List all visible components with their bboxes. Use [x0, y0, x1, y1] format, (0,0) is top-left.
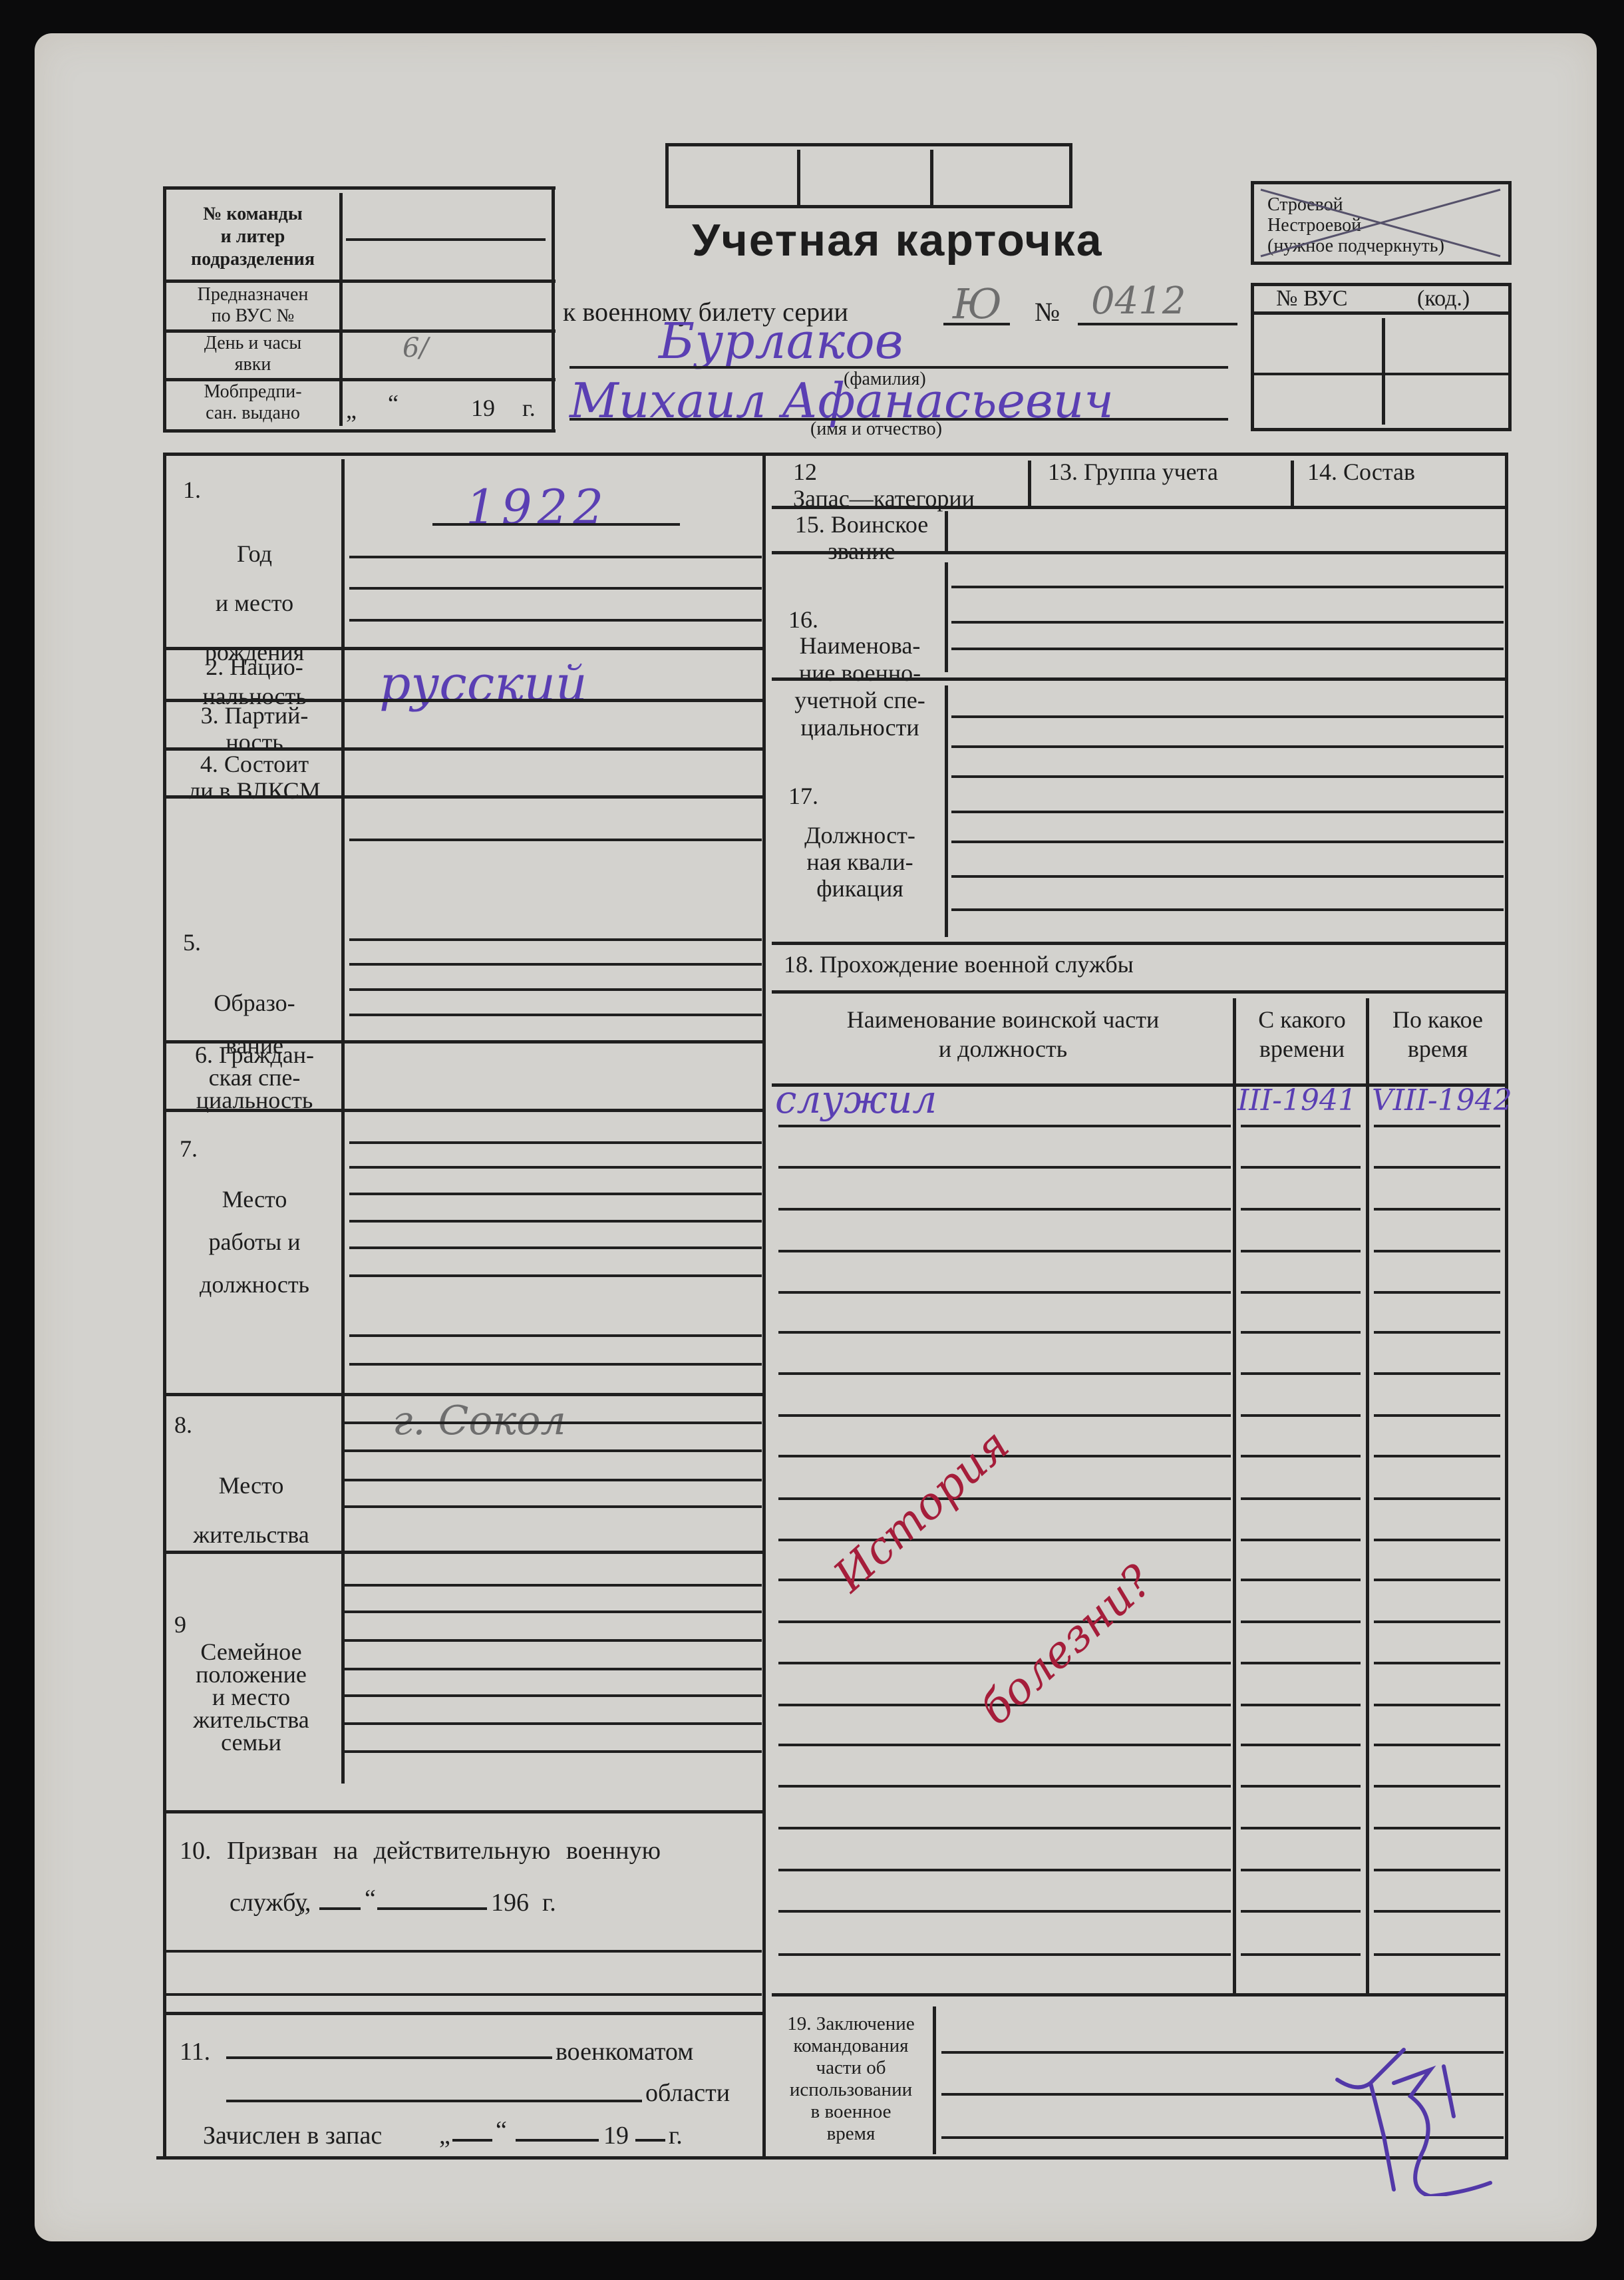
label-line: и место — [163, 1686, 339, 1708]
vus-code-header: (код.) — [1417, 285, 1470, 313]
label-line: должность — [166, 1263, 343, 1306]
service-rule-line — [1374, 1414, 1500, 1417]
sec10-suffix: г. — [542, 1889, 556, 1917]
sec11-year-line — [635, 2139, 665, 2142]
mob-date-year: 19 — [471, 394, 495, 422]
service-history-title: 18. Прохождение военной службы — [784, 950, 1134, 978]
label-line: циальность — [166, 1089, 343, 1111]
signature-icon — [1331, 2043, 1543, 2196]
service-rule-line — [1374, 1291, 1500, 1294]
sec8-number: 8. — [174, 1411, 192, 1439]
service-col-to-header: По какое время — [1369, 1005, 1507, 1063]
sec7-line-6 — [349, 1274, 762, 1277]
sec1-bottom — [163, 647, 763, 650]
number-value: 0412 — [1091, 280, 1186, 323]
sec9-line-7 — [343, 1750, 762, 1753]
service-rule-line — [1241, 1910, 1361, 1913]
label-line: День и часы — [166, 333, 339, 354]
service-rule-line — [778, 1125, 1231, 1127]
tl-inner-line — [346, 238, 546, 241]
sec10-open-quote: „ — [299, 1889, 311, 1917]
sec11-number: 11. — [180, 2038, 210, 2066]
sec11-oblast-line — [226, 2100, 642, 2102]
service-rule-line — [1374, 1455, 1500, 1457]
service-rule-line — [1241, 1662, 1361, 1664]
sec15-label: 15. Воинское звание — [772, 511, 951, 564]
sec10-bottom — [163, 2012, 763, 2015]
header-line: С какого — [1235, 1005, 1369, 1034]
sec5-line-4 — [349, 1014, 762, 1016]
nationality-value: русский — [379, 656, 587, 713]
vus-box-divider — [1382, 318, 1385, 425]
sec10-close-quote: “ — [365, 1885, 376, 1913]
sec3-number: 3. — [201, 702, 219, 729]
sec2-number: 2. — [206, 654, 224, 680]
label-line: ние военно- — [772, 660, 948, 687]
service-col-unit-header: Наименование воинской части и должность — [772, 1005, 1234, 1063]
sec14-label: 14. Состав — [1307, 458, 1415, 486]
service-rule-line — [1374, 1662, 1500, 1664]
sec12-number: 12 — [793, 458, 817, 486]
series-value: Ю — [953, 280, 1002, 328]
command-number-label: № команды и литер подразделения — [166, 203, 339, 271]
sec11-close-quote: “ — [496, 2116, 507, 2144]
service-rule-line — [1241, 1372, 1361, 1375]
label-line: положение — [163, 1663, 339, 1686]
sec16-number: 16. — [788, 606, 818, 634]
number-underline — [1078, 323, 1237, 325]
label-line: командования — [765, 2035, 937, 2057]
cross-out-mark — [1254, 184, 1508, 262]
sec10-year: 196 — [491, 1889, 529, 1917]
sec5-line-3 — [349, 988, 762, 991]
grid-right — [1505, 453, 1508, 2160]
sec9-line-5 — [343, 1694, 762, 1697]
service-rule-line — [1374, 1208, 1500, 1211]
service-rule-line — [1241, 1166, 1361, 1169]
service-from-value: III-1941 — [1237, 1083, 1357, 1117]
number-label: № — [1035, 298, 1060, 326]
sec16-label: Наименова- ние военно- учетной спе- циал… — [772, 632, 948, 741]
sec13-divider — [1291, 461, 1294, 508]
label-line: Партий- — [225, 702, 309, 729]
sec8-line-3 — [343, 1479, 762, 1481]
service-rule-line — [778, 1744, 1231, 1746]
sec5-line-2 — [349, 963, 762, 966]
label-line: Состоит — [224, 751, 309, 777]
sec13-label: 13. Группа учета — [1048, 458, 1218, 486]
service-rule-line — [1241, 1744, 1361, 1746]
label-line: и место — [166, 578, 343, 628]
sec9-line-6 — [343, 1722, 762, 1725]
service-rule-line — [1374, 1827, 1500, 1829]
sec17-line-3 — [951, 775, 1504, 778]
sec7-line-8 — [349, 1363, 762, 1366]
report-time-value: 6/ — [403, 333, 428, 363]
label-line: Семейное — [163, 1640, 339, 1663]
service-title-bottom — [772, 990, 1505, 994]
sec9-number: 9 — [174, 1611, 186, 1638]
label-line: Место — [166, 1178, 343, 1221]
service-rule-line — [778, 1166, 1231, 1169]
sec7-number: 7. — [180, 1135, 198, 1163]
service-rule-line — [778, 1250, 1231, 1252]
sec9-line-2 — [343, 1611, 762, 1613]
sec17-line-5 — [951, 841, 1504, 843]
label-line: использовании — [765, 2079, 937, 2101]
service-rule-line — [1374, 1579, 1500, 1581]
sec17-number: 17. — [788, 782, 818, 810]
sec7-line-1 — [349, 1141, 762, 1144]
vus-number-header: № ВУС — [1276, 285, 1348, 313]
birth-year-value: 1922 — [466, 479, 609, 535]
label-line: явки — [166, 354, 339, 375]
service-rule-line — [1241, 1827, 1361, 1829]
service-rule-line — [778, 1953, 1231, 1956]
service-rule-line — [1374, 1953, 1500, 1956]
sec4-bottom — [163, 795, 763, 799]
label-line: Мобпредпи- — [166, 381, 339, 403]
sec9-line-1 — [343, 1584, 762, 1587]
service-rule-line — [1374, 1869, 1500, 1871]
sec17-line-1 — [951, 715, 1504, 718]
header-line: По какое — [1369, 1005, 1507, 1034]
sec1-line-4 — [349, 619, 762, 622]
stamp-box-top — [665, 143, 1072, 146]
tl-box-bottom — [163, 429, 556, 433]
sec11-month-line — [516, 2139, 599, 2142]
stamp-box-bottom — [665, 205, 1072, 208]
service-rule-line — [1374, 1125, 1500, 1127]
service-rule-line — [778, 1372, 1231, 1375]
label-line: и литер — [166, 226, 339, 248]
sec8-line-2 — [343, 1449, 762, 1452]
sec11-reserve-label: Зачислен в запас — [203, 2122, 382, 2150]
mob-date-open: „ — [346, 396, 357, 424]
duty-box-bottom — [1251, 262, 1512, 265]
service-rule-line — [1374, 1620, 1500, 1623]
mob-order-label: Мобпредпи- сан. выдано — [166, 381, 339, 424]
sec7-label: Место работы и должность — [166, 1178, 343, 1306]
service-rule-line — [778, 1331, 1231, 1334]
sec15-bottom — [772, 551, 1505, 554]
service-col-divider-2 — [1366, 998, 1369, 1993]
service-rule-line — [1374, 1539, 1500, 1541]
sec11-suffix: г. — [669, 2122, 683, 2150]
label-line: Должност- — [772, 822, 948, 849]
sec17-bottom — [772, 942, 1505, 945]
report-time-label: День и часы явки — [166, 333, 339, 375]
mob-date-close: “ — [388, 389, 399, 417]
grid-top — [163, 453, 1508, 456]
service-rule-line — [1374, 1250, 1500, 1252]
vus-box-mid — [1254, 373, 1508, 375]
service-rule-line — [1241, 1620, 1361, 1623]
service-to-value: VIII-1942 — [1372, 1083, 1512, 1117]
sec7-line-3 — [349, 1193, 762, 1195]
service-rule-line — [778, 1291, 1231, 1294]
sec6-label: 6. Граждан- ская спе- циальность — [166, 1044, 343, 1111]
sec9-bottom — [163, 1810, 763, 1813]
label-line: работы и — [166, 1221, 343, 1263]
service-rule-line — [1241, 1455, 1361, 1457]
grid-middle-divider — [762, 453, 766, 2160]
service-col-from-header: С какого времени — [1235, 1005, 1369, 1063]
label-line: ная квали- — [772, 849, 948, 875]
service-rule-line — [1374, 1704, 1500, 1706]
service-rule-line — [778, 1539, 1231, 1541]
sec4-line-1 — [349, 839, 762, 841]
sec16-divider — [945, 562, 948, 672]
sec11-voenkomat-line — [226, 2056, 552, 2059]
sec17-line-2 — [951, 745, 1504, 748]
sec17-divider — [945, 685, 948, 937]
service-rule-line — [1374, 1166, 1500, 1169]
label-line: Наименова- — [772, 632, 948, 660]
service-rule-line — [1374, 1497, 1500, 1500]
sec5-line-1 — [349, 938, 762, 941]
sec9-label: Семейное положение и место жительства се… — [163, 1640, 339, 1754]
service-rule-line — [1241, 1704, 1361, 1706]
service-rule-line — [778, 1869, 1231, 1871]
sec10-month-line — [377, 1907, 487, 1910]
sec6-bottom — [163, 1109, 763, 1112]
sec8-label: Место жительства — [163, 1461, 339, 1559]
service-rule-line — [1241, 1125, 1361, 1127]
label-line: ская спе- — [166, 1066, 343, 1089]
sec5-number: 5. — [183, 928, 201, 956]
label-line: Год — [166, 529, 343, 578]
sec10-line1: 10. Призван на действительную военную — [180, 1837, 661, 1865]
service-rule-line — [778, 1827, 1231, 1829]
label-line: части об — [765, 2057, 937, 2079]
service-rule-line — [1241, 1250, 1361, 1252]
sec7-line-5 — [349, 1246, 762, 1249]
tl-box-top — [163, 186, 556, 190]
service-rule-line — [1374, 1785, 1500, 1788]
mob-date-suffix: г. — [522, 394, 536, 422]
service-rule-line — [1241, 1497, 1361, 1500]
sec7-line-4 — [349, 1220, 762, 1223]
header-line: и должность — [772, 1034, 1234, 1063]
service-rule-line — [1374, 1372, 1500, 1375]
sec17-line-4 — [951, 811, 1504, 813]
label-line: Нацио- — [230, 654, 303, 680]
vus-assignment-label: Предназначен по ВУС № — [166, 284, 339, 327]
sec10-line-b — [163, 1993, 762, 1996]
sec19-label: 19. Заключение командования части об исп… — [765, 2013, 937, 2145]
label-line: 19. Заключение — [765, 2013, 937, 2035]
header-line: время — [1369, 1034, 1507, 1063]
sec7-bottom — [163, 1393, 763, 1396]
sec8-line-4 — [343, 1505, 762, 1508]
label-line: ли в ВЛКСМ — [166, 777, 343, 804]
grid-bottom — [156, 2156, 1508, 2160]
service-rule-line — [1241, 1291, 1361, 1294]
sec19-divider — [933, 2006, 936, 2154]
sec7-line-7 — [349, 1334, 762, 1337]
sec17-label: Должност- ная квали- фикация — [772, 822, 948, 902]
service-rule-line — [1241, 1539, 1361, 1541]
service-rule-line — [1374, 1744, 1500, 1746]
label-line: Предназначен — [166, 284, 339, 305]
tl-row-sep-1 — [163, 280, 556, 283]
service-rule-line — [1241, 1785, 1361, 1788]
vus-box-right — [1508, 283, 1512, 431]
service-rule-line — [778, 1620, 1231, 1623]
service-rule-line — [778, 1414, 1231, 1417]
sec8-line-1 — [343, 1422, 762, 1424]
sec8-bottom — [163, 1551, 763, 1554]
sec9-line-4 — [343, 1668, 762, 1670]
sec11-day-line — [452, 2139, 492, 2142]
sec11-open-quote: „ — [439, 2122, 450, 2150]
sec12-divider — [1028, 461, 1031, 508]
sec7-line-2 — [349, 1166, 762, 1169]
sec12-bottom — [772, 506, 1505, 509]
sec11-year: 19 — [603, 2122, 629, 2150]
stamp-box-div1 — [797, 150, 800, 206]
service-rule-line — [778, 1208, 1231, 1211]
sec17-line-7 — [951, 908, 1504, 911]
service-rule-line — [1374, 1910, 1500, 1913]
label-line: семьи — [163, 1731, 339, 1754]
label-line: время — [765, 2123, 937, 2145]
service-rule-line — [778, 1785, 1231, 1788]
sec16-line-1 — [951, 586, 1504, 588]
sec1-line-3 — [349, 587, 762, 590]
label-line: в военное — [765, 2101, 937, 2123]
label-line: учетной спе- — [772, 687, 948, 714]
sec1-line-1 — [432, 523, 680, 526]
label-line: Образо- — [166, 982, 343, 1024]
label-line: 15. Воинское — [772, 511, 951, 538]
service-table-bottom — [772, 1993, 1505, 1996]
label-line: фикация — [772, 875, 948, 902]
label-line: циальности — [772, 714, 948, 741]
label-line: Место — [163, 1461, 339, 1510]
service-rule-line — [1241, 1953, 1361, 1956]
sec16-line-2 — [951, 621, 1504, 624]
sec10-day-line — [319, 1907, 361, 1910]
header-line: времени — [1235, 1034, 1369, 1063]
service-rule-line — [1374, 1331, 1500, 1334]
sec17-line-6 — [951, 875, 1504, 878]
sec16-line-3 — [951, 648, 1504, 650]
sec11-oblast-label: области — [645, 2079, 730, 2107]
header-line: Наименование воинской части — [772, 1005, 1234, 1034]
service-rule-line — [1241, 1414, 1361, 1417]
service-rule-line — [778, 1497, 1231, 1500]
page-title: Учетная карточка — [692, 226, 1103, 254]
surname-value: Бурлаков — [659, 313, 903, 370]
service-rule-line — [1241, 1579, 1361, 1581]
duty-box-right — [1508, 181, 1512, 265]
label-line: по ВУС № — [166, 305, 339, 327]
service-rule-line — [1241, 1208, 1361, 1211]
service-rule-line — [778, 1662, 1231, 1664]
label-line: подразделения — [166, 248, 339, 271]
stamp-box-left — [665, 143, 669, 208]
stamp-box-div2 — [930, 150, 933, 206]
tl-box-divider — [339, 193, 343, 426]
label-line: сан. выдано — [166, 403, 339, 424]
sec1-number: 1. — [183, 476, 201, 504]
vus-box-left — [1251, 283, 1254, 431]
service-rule-line — [1241, 1869, 1361, 1871]
sec16-bottom — [772, 677, 1505, 681]
service-rule-line — [1241, 1331, 1361, 1334]
service-col-divider-1 — [1233, 998, 1236, 1993]
sec10-service-label: службу — [230, 1889, 307, 1917]
sec10-line-a — [163, 1950, 762, 1953]
vus-box-bottom — [1251, 428, 1512, 431]
sec15-divider — [945, 511, 948, 554]
sec4-number: 4. — [200, 751, 218, 777]
label-line: жительства — [163, 1708, 339, 1731]
residence-value: г. Сокол — [393, 1398, 566, 1444]
tl-box-right — [552, 190, 555, 429]
sec11-voenkomat-label: военкоматом — [556, 2038, 693, 2066]
sec1-line-2 — [349, 556, 762, 558]
name-caption: (имя и отчество) — [810, 418, 942, 440]
stamp-box-right — [1069, 143, 1072, 208]
sec9-line-3 — [343, 1639, 762, 1642]
service-rule-line — [778, 1910, 1231, 1913]
service-unit-value: служил — [775, 1077, 937, 1122]
label-line: № команды — [166, 203, 339, 226]
